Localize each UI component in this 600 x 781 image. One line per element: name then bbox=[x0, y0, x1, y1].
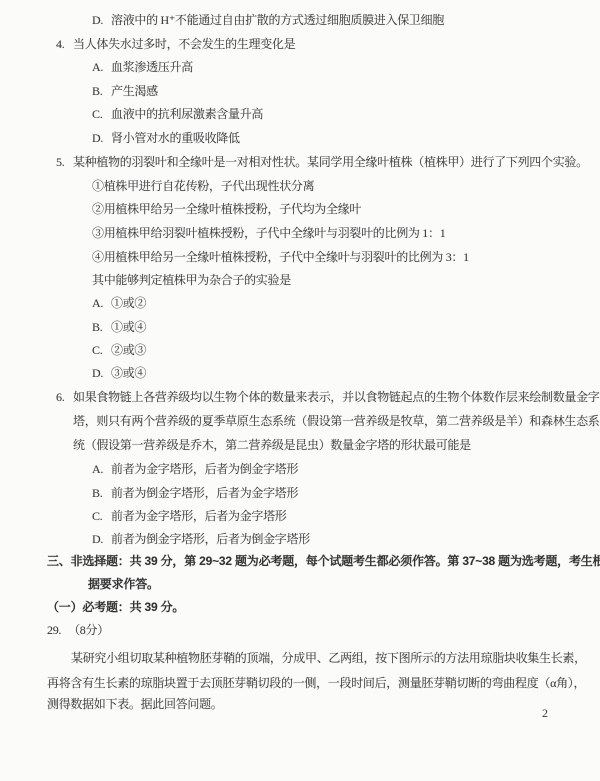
option-text: 前者为金字塔形，后者为倒金字塔形 bbox=[111, 462, 298, 476]
question-5-option-d: D.③或④ bbox=[92, 361, 146, 385]
option-text: 血液中的抗利尿激素含量升高 bbox=[111, 107, 263, 121]
option-text: ②或③ bbox=[111, 343, 146, 357]
section-3-subheading: （一）必考题：共 39 分。 bbox=[47, 595, 184, 619]
question-6-option-c: C.前者为金字塔形，后者为金字塔形 bbox=[92, 504, 287, 528]
experiment-text: ②用植株甲给另一全缘叶植株授粉，子代均为全缘叶 bbox=[92, 202, 361, 216]
question-6-stem-line-2: 塔，则只有两个营养级的夏季草原生态系统（假设第一营养级是牧草，第二营养级是羊）和… bbox=[73, 409, 600, 433]
question-4-option-c: C.血液中的抗利尿激素含量升高 bbox=[92, 102, 263, 126]
option-text: 溶液中的 H⁺不能通过自由扩散的方式透过细胞质膜进入保卫细胞 bbox=[111, 13, 444, 27]
option-label: C. bbox=[92, 504, 111, 528]
question-5-stem: 5.某种植物的羽裂叶和全缘叶是一对相对性状。某同学用全缘叶植株（植株甲）进行了下… bbox=[56, 150, 588, 174]
question-5-option-b: B.①或④ bbox=[92, 315, 146, 339]
question-6-option-b: B.前者为倒金字塔形，后者为金字塔形 bbox=[92, 481, 298, 505]
option-text: 肾小管对水的重吸收降低 bbox=[111, 131, 240, 145]
exam-page: D.溶液中的 H⁺不能通过自由扩散的方式透过细胞质膜进入保卫细胞 4.当人体失水… bbox=[0, 0, 600, 781]
question-3-option-d: D.溶液中的 H⁺不能通过自由扩散的方式透过细胞质膜进入保卫细胞 bbox=[92, 8, 444, 32]
option-text: ③或④ bbox=[111, 366, 146, 380]
experiment-text: ①植株甲进行自花传粉，子代出现性状分离 bbox=[92, 179, 314, 193]
body-text: 再将含有生长素的琼脂块置于去顶胚芽鞘切段的一侧，一段时间后，测量胚芽鞘切断的弯曲… bbox=[47, 676, 585, 690]
option-label: B. bbox=[92, 481, 111, 505]
option-label: C. bbox=[92, 102, 111, 126]
question-number: 6. bbox=[56, 385, 73, 409]
question-5-experiment-1: ①植株甲进行自花传粉，子代出现性状分离 bbox=[92, 174, 314, 198]
question-stem-text: 某种植物的羽裂叶和全缘叶是一对相对性状。某同学用全缘叶植株（植株甲）进行了下列四… bbox=[73, 155, 588, 169]
section-heading-text: 三、非选择题：共 39 分，第 29~32 题为必考题，每个试题考生都必须作答。… bbox=[47, 554, 600, 568]
question-stem-text: 如果食物链上各营养级均以生物个体的数量来表示，并以食物链起点的生物个体数作层来绘… bbox=[73, 390, 600, 404]
option-label: A. bbox=[92, 55, 111, 79]
section-3-heading-line-1: 三、非选择题：共 39 分，第 29~32 题为必考题，每个试题考生都必须作答。… bbox=[47, 549, 600, 573]
question-29-body-line-1: 某研究小组切取某种植物胚芽鞘的顶端，分成甲、乙两组，按下图所示的方法用琼脂块收集… bbox=[71, 646, 586, 670]
experiment-text: ③用植株甲给羽裂叶植株授粉，子代中全缘叶与羽裂叶的比例为 1：1 bbox=[92, 226, 445, 240]
question-4-stem: 4.当人体失水过多时，不会发生的生理变化是 bbox=[56, 32, 295, 56]
question-5-option-c: C.②或③ bbox=[92, 338, 146, 362]
option-label: D. bbox=[92, 8, 111, 32]
option-label: D. bbox=[92, 361, 111, 385]
option-label: A. bbox=[92, 291, 111, 315]
body-text: 某研究小组切取某种植物胚芽鞘的顶端，分成甲、乙两组，按下图所示的方法用琼脂块收集… bbox=[71, 651, 586, 665]
option-text: ①或④ bbox=[111, 320, 146, 334]
question-stem-text: 当人体失水过多时，不会发生的生理变化是 bbox=[73, 37, 295, 51]
question-number: 4. bbox=[56, 32, 73, 56]
option-label: D. bbox=[92, 527, 111, 551]
question-number: 29. bbox=[47, 623, 61, 637]
question-score: （8分） bbox=[68, 623, 109, 637]
question-29-header: 29.（8分） bbox=[47, 618, 109, 642]
question-4-option-a: A.血浆渗透压升高 bbox=[92, 55, 193, 79]
question-5-experiment-2: ②用植株甲给另一全缘叶植株授粉，子代均为全缘叶 bbox=[92, 197, 361, 221]
question-6-option-a: A.前者为金字塔形，后者为倒金字塔形 bbox=[92, 457, 298, 481]
option-label: A. bbox=[92, 457, 111, 481]
section-3-heading-line-2: 据要求作答。 bbox=[88, 572, 159, 596]
question-6-stem-line-1: 6.如果食物链上各营养级均以生物个体的数量来表示，并以食物链起点的生物个体数作层… bbox=[56, 385, 600, 409]
body-text: 测得数据如下表。据此回答问题。 bbox=[47, 697, 223, 711]
experiment-text: ④用植株甲给另一全缘叶植株授粉，子代中全缘叶与羽裂叶的比例为 3：1 bbox=[92, 250, 469, 264]
option-label: D. bbox=[92, 126, 111, 150]
page-number: 2 bbox=[542, 706, 548, 720]
question-4-option-d: D.肾小管对水的重吸收降低 bbox=[92, 126, 240, 150]
option-text: ①或② bbox=[111, 296, 146, 310]
option-label: C. bbox=[92, 338, 111, 362]
option-text: 前者为倒金字塔形，后者为倒金字塔形 bbox=[111, 532, 310, 546]
question-6-stem-line-3: 统（假设第一营养级是乔木，第二营养级是昆虫）数量金字塔的形状最可能是 bbox=[73, 433, 471, 457]
question-number: 5. bbox=[56, 150, 73, 174]
option-text: 前者为金字塔形，后者为金字塔形 bbox=[111, 509, 287, 523]
option-label: B. bbox=[92, 315, 111, 339]
question-6-option-d: D.前者为倒金字塔形，后者为倒金字塔形 bbox=[92, 527, 310, 551]
section-heading-text: 据要求作答。 bbox=[88, 577, 159, 591]
option-text: 前者为倒金字塔形，后者为金字塔形 bbox=[111, 486, 298, 500]
option-text: 产生渴感 bbox=[111, 84, 158, 98]
option-text: 血浆渗透压升高 bbox=[111, 60, 193, 74]
option-label: B. bbox=[92, 79, 111, 103]
question-5-prompt: 其中能够判定植株甲为杂合子的实验是 bbox=[92, 268, 291, 292]
question-5-experiment-3: ③用植株甲给羽裂叶植株授粉，子代中全缘叶与羽裂叶的比例为 1：1 bbox=[92, 221, 445, 245]
question-prompt-text: 其中能够判定植株甲为杂合子的实验是 bbox=[92, 273, 291, 287]
question-4-option-b: B.产生渴感 bbox=[92, 79, 158, 103]
question-stem-text: 塔，则只有两个营养级的夏季草原生态系统（假设第一营养级是牧草，第二营养级是羊）和… bbox=[73, 414, 600, 428]
question-5-experiment-4: ④用植株甲给另一全缘叶植株授粉，子代中全缘叶与羽裂叶的比例为 3：1 bbox=[92, 245, 469, 269]
question-stem-text: 统（假设第一营养级是乔木，第二营养级是昆虫）数量金字塔的形状最可能是 bbox=[73, 438, 471, 452]
question-29-body-line-3: 测得数据如下表。据此回答问题。 bbox=[47, 692, 223, 716]
question-5-option-a: A.①或② bbox=[92, 291, 146, 315]
section-subheading-text: （一）必考题：共 39 分。 bbox=[47, 600, 184, 614]
